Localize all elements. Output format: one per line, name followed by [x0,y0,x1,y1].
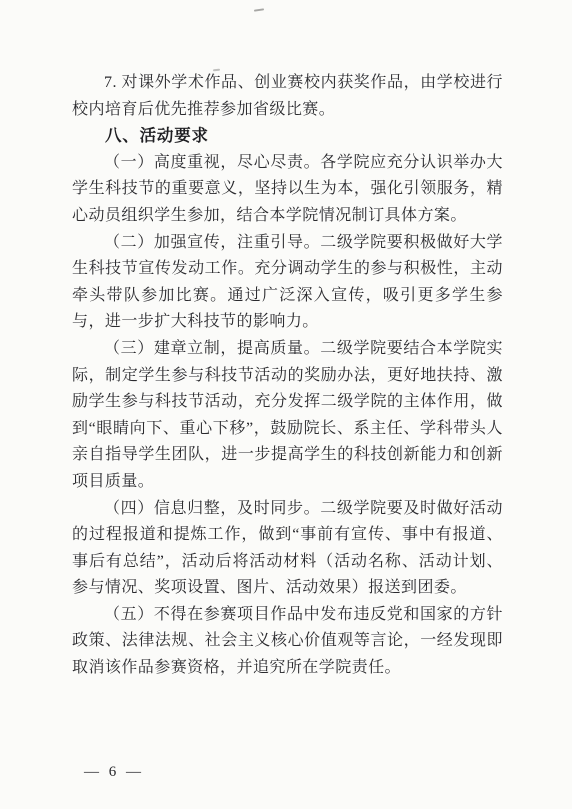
paragraph-requirement-3: （三）建章立制，提高质量。二级学院要结合本学院实际，制定学生参与科技节活动的奖励… [72,336,503,496]
paragraph-requirement-4: （四）信息归整，及时同步。二级学院要及时做好活动的过程报道和提炼工作，做到“事前… [72,496,503,602]
document-body: 7. 对课外学术作品、创业赛校内获奖作品，由学校进行校内培育后优先推荐参加省级比… [72,70,503,682]
paragraph-item-7: 7. 对课外学术作品、创业赛校内获奖作品，由学校进行校内培育后优先推荐参加省级比… [72,70,503,123]
page-number: — 6 — [84,764,144,781]
paragraph-requirement-1: （一）高度重视，尽心尽责。各学院应充分认识举办大学生科技节的重要意义，坚持以生为… [72,150,503,230]
scan-artifact-mark [254,8,264,11]
document-page: 7. 对课外学术作品、创业赛校内获奖作品，由学校进行校内培育后优先推荐参加省级比… [0,0,572,809]
section-heading-activity-requirements: 八、活动要求 [72,123,503,150]
paragraph-requirement-5: （五）不得在参赛项目作品中发布违反党和国家的方针政策、法律法规、社会主义核心价值… [72,602,503,682]
paragraph-requirement-2: （二）加强宣传，注重引导。二级学院要积极做好大学生科技节宣传发动工作。充分调动学… [72,230,503,336]
